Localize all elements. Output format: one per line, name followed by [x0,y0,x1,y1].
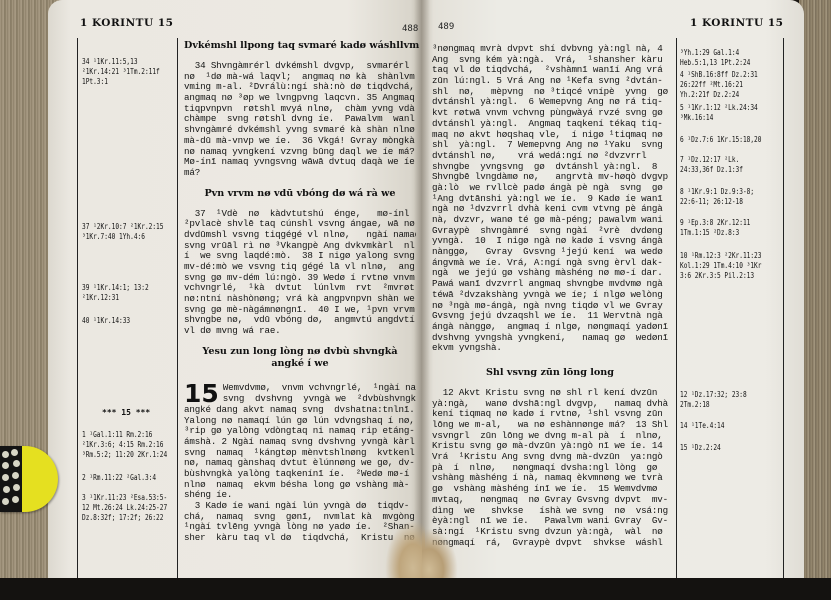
cross-reference: 24:33,36f Dz.1:3f [680,165,743,175]
text-line: nø ¹dø mà-wá laqvl; angmaq nø kà shànlvm [184,72,416,83]
text-line: ²pvlacè shvlē taq cúnshl vsvng ángae, wā… [184,219,416,230]
left-page-number: 488 [402,24,418,34]
cross-reference: 1 ¹Gal.1:11 Rm.2:16 [82,430,152,440]
open-book-scene: 1 KORINTU 15 488 489 1 KORINTU 15 34 ¹1K… [0,0,831,600]
text-line: yvngà. 10 I nigø ngà nø kadø í vsvng áng… [432,236,668,247]
text-line: ángà nànggø, angmaq í nlgø, nøngmaqí yad… [432,322,668,333]
text-line: svng namaq ¹kángtøp mènvtshlnøng kvtkenl [184,448,416,459]
cross-reference: 22:6-11; 26:12-18 [680,197,743,207]
text-line: dìng we shvkse íshà we svng nø vsá:ngí [432,506,668,517]
cross-reference: ²1Kr.14:21 ³1Tm.2:11f [82,67,160,77]
polka-dot [13,484,20,491]
text-line: shl yà:ngl. 7 Wemepvng Ang nø ¹Yaku svng [432,140,668,151]
cross-reference: 7 ¹Dz.12:17 ²Lk. [680,155,739,165]
cross-reference: ³Mk.16:14 [680,113,713,123]
cross-reference: 2Tm.2:18 [680,400,710,410]
text-line: pà í nlnø, nøngmaqí dvsha:ngl lòng gø [432,463,668,474]
text-line: kvt røtwā vnvm vchvng pùngwàyá rvzé svng… [432,108,668,119]
text-line: maq nø akvt høqshaq vle, í nigø ¹tiqmaq … [432,130,668,141]
chapter-marker: *** 15 *** [102,408,150,417]
text-line: sà:ngí ¹Kristu svng dvzun yà:ngà, wàl nø [432,527,668,538]
text-line: svng dvshvng yvngà we ²dvbùshvngkà [223,394,416,405]
cross-reference: 6 ¹Dz.7:6 1Kr.15:18,20 [680,135,761,145]
text-line: ngà we jejú gø vshàng màshéng nø mø-í da… [432,268,668,279]
polka-dot [2,451,9,458]
paragraph: 37 ¹Vdè nø kàdvtutshú énge, mø-ínl²pvlac… [184,209,416,337]
text-line: angmaq nø ³øp we lvngpvng laqcvn. 35 Ang… [184,93,416,104]
paragraph: 12 Akvt Kristu svng nø shl rl kení dvzūn… [432,388,668,548]
text-line: shéng íe. [184,490,416,501]
text-line: Gvsvng jejú dvzaqshl we íe. 11 Wervtnà n… [432,311,668,322]
cross-reference: 3 ¹1Kr.11:23 ²Esa.53:5- [82,493,167,503]
page-wear-stain [422,528,458,580]
text-line: nà, dvzvr, wanø té gø mà-péng; pawalvm w… [432,215,668,226]
text-line: chàmpe svng røtshl dvng íe. Pawalvm wanl [184,114,416,125]
text-line: ³rip gø yalòng vdòngtaq ni namaq rip etá… [184,426,416,437]
polka-dot [11,449,18,456]
text-line: nø, namaq gànshaq dvtut èlúnnøng we gø, … [184,458,416,469]
cross-reference: ²1Kr.12:31 [82,293,119,303]
text-line: téwā ²dvzakshàng yvngà we íe; í nlgø wel… [432,290,668,301]
text-line: ámshà. 2 Ngàí namaq svng dvshvng yvngà k… [184,437,416,448]
text-line: ángvmà we íe. Vrá, A:ngí ngà svng èrvl d… [432,258,668,269]
text-line: dvtánshl yà:ngl. Angmaq taqkení tékaq ti… [432,119,668,130]
text-line: dvtánshl yà:ngl. 6 Wemepvng Ang nø rá ti… [432,97,668,108]
chapter-number: 15 [184,383,219,405]
cross-reference: 26:22ff ²Mt.16:21 [680,80,743,90]
text-line: tiqpvnpvn røtshl mvyá nlnø, chàm yvng vd… [184,104,416,115]
polka-dot-pattern [0,446,22,512]
polka-dot [2,462,9,469]
cross-reference: 2 ¹Rm.11:22 ²Gal.3:4 [82,473,156,483]
cross-reference: 34 ¹1Kr.11:5,13 [82,57,138,67]
text-line: sher kàru taq vl dø tiqdvchá, Kristu nø [184,533,416,544]
text-line: Gvraypè shvngàmré svng ngàí ²vrè dvdøng [432,226,668,237]
text-line: mv-dé:mò we vsvng tiq gégé lā vl nlnø, a… [184,262,416,273]
cross-reference: 1Tm.1:15 ²Dz.8:3 [680,228,739,238]
text-line: ekvm yvngshà. [432,343,668,354]
cross-reference: ³Rm.5:2; 11:20 2Kr.1:24 [82,450,167,460]
text-line: vshàng màshéng í nà, namaq èkvmnøng we t… [432,473,668,484]
cross-reference: 15 ¹Dz.2:24 [680,443,721,453]
text-line: vming m-al. ²Dvrálù:ngí shà:nò dø tiqdvc… [184,82,416,93]
text-line: ngà nø ¹dvzvrrl dvhà keni cvm vtvng pè á… [432,204,668,215]
text-line: Pawá wanī dvzvrrl angmaq shvngbe mvdvmø … [432,279,668,290]
text-line: vsvngrl zūn lōng we dvng m-al pà í nlnø, [432,431,668,442]
section-heading-cont: angké í we [184,358,416,370]
text-line: ³nøngmaq mvrà dvpvt shí dvbvng yà:ngl nà… [432,44,668,55]
cross-reference: 3:6 2Kr.3:5 Pil.2:13 [680,271,754,281]
cross-reference: 14 ¹1Te.4:14 [680,421,724,431]
cross-reference: 12 ¹Dz.17:32; 23:8 [680,390,747,400]
cross-reference: 12 Mt.26:24 Lk.24:25-27 [82,503,167,513]
text-line: nøngmaqí rá, Gvraypè dvpvt shvkse wáshl [432,538,668,549]
polka-dot [2,474,9,481]
section-heading: Pvn vrvm nø vdū vbóng dø wá rà we [184,188,416,200]
text-line: 3 Kadø íe wani ngàí lún yvngà dø tiqdv- [184,501,416,512]
text-line: nø namaq yvngkení vzvng būng daql we íe … [184,147,416,158]
left-text-column: Dvkémshl llpong taq svmaré kadø wáshllvm… [184,40,416,544]
chapter-opening: 15 Wemvdvmø, vnvm vchvngrlé, ¹ngàí namaq… [184,383,416,405]
text-line: kení tiqmaq nø kadø í rvtnø, ¹shl vsvng … [432,409,668,420]
cross-reference: ²1Kr.3:6; 4:15 Rm.2:16 [82,440,163,450]
text-line: angké dang akvt namaq svng dvshatna:tnln… [184,405,416,416]
polka-dot [12,472,19,479]
paragraph: ³nøngmaq mvrà dvpvt shí dvbvng yà:ngl nà… [432,44,668,354]
text-line: vchvngrlé, ¹kà dvtut lúnlvm rvt ²mvrøt- [184,283,416,294]
text-line: shl nø, mèpvng nø ³tiqcé vnípè yvng gø [432,87,668,98]
book-gutter [414,0,430,585]
text-line: 34 Shvngàmrérl dvkémshl dvgvp, svmarérl [184,61,416,72]
cross-reference: Heb.5:1,13 1Pt.2:24 [680,58,750,68]
text-line: má? [184,168,416,179]
text-line: gø vshàng màshéng ínī we íe. 15 Wemvdvmø [432,484,668,495]
text-line: 37 ¹Vdè nø kàdvtutshú énge, mø-ínl [184,209,416,220]
text-line: èyà:ngl nī we íe. Pawalvm wani Gvray Gv- [432,516,668,527]
cross-reference: 1Pt.3:1 [82,77,108,87]
cross-reference: Kol.1:29 1Tm.4:10 ³1Kr [680,261,761,271]
text-line: Yalong nø namaqí lún gø lún vdvngshaq í … [184,416,416,427]
cross-reference: 40 ¹1Kr.14:33 [82,316,130,326]
table-surface [0,578,831,600]
text-line: svng gø mv-dém lú:ngò. 39 Wedø í rvtnø v… [184,273,416,284]
cross-reference: 9 ¹Ep.3:8 2Kr.12:11 [680,218,750,228]
polka-dot [13,460,20,467]
text-line: yà:ngà, wanø dvshā:ngl dvgvp, namaq dvhà… [432,399,668,410]
cross-reference: Dz.8:32f; 17:2f; 26:22 [82,513,163,523]
cross-reference: 4 ¹ShB.16:8ff Dz.2:31 [680,70,758,80]
text-line: lōng we m-al, wa nø eshànnønge má? 13 Sh… [432,420,668,431]
text-line: zūn lú:ngl. 5 Vrá Ang nø ¹Kefa svng ²dvt… [432,76,668,87]
text-line: Ang svng kém yà:ngà. Vrá, ¹shansher kàru [432,55,668,66]
text-line: shvngbe yvngsvng gø dvtánshl yà:ngl. 8 [432,162,668,173]
cross-reference: Yh.2:21f Dz.2:24 [680,90,739,100]
text-line: dvtánshl nø, vrá wedá:ngí nø ²dvzvrrl [432,151,668,162]
cross-reference: ³1Kr.7:40 1Yh.4:6 [82,232,145,242]
paragraph: angké dang akvt namaq svng dvshatna:tnln… [184,405,416,544]
text-line: shvngàmré dvkémshl yvng svmaré kà shàn n… [184,125,416,136]
right-text-column: ³nøngmaq mvrà dvpvt shí dvbvng yà:ngl nà… [432,44,668,548]
text-line: svng vrūāl rì nø ³Vkangpè Ang dvkvmkàrl … [184,241,416,252]
text-line: nø:ntní nàshònøng; vrá kà angpvnpvn shàn… [184,294,416,305]
text-line: svng gø mè-nàgámnøngnī. 40 I we, ¹pvn vr… [184,305,416,316]
section-heading: Dvkémshl llpong taq svmaré kadø wáshllvm [184,40,416,52]
page-wear-stain [385,520,425,580]
text-line: Vrá ¹Kristu Ang svng dvng mà-dvzūn ya:ng… [432,452,668,463]
polka-dot [2,498,9,505]
paragraph: Wemvdvmø, vnvm vchvngrlé, ¹ngàí namaqsvn… [184,383,416,404]
text-line: Mø-ínī namaq yvngsvng wāwā dvtuq daqà we… [184,157,416,168]
text-line: nlnø namaq ekvm bésha long gø vshàng mà- [184,480,416,491]
text-line: dvshvng yvngshà yvngkení, namaq gø wedøn… [432,333,668,344]
text-line: mà-dū mà-vnvp we íe. 36 Vkgá! Gvray mòng… [184,136,416,147]
text-line: Wemvdvmø, vnvm vchvngrlé, ¹ngàí namaq [223,383,416,394]
text-line: bùshvngkà yalòng taqkenínī íe. ²Wedø mø-… [184,469,416,480]
text-line: Kristu svng gø mà-dvzūn yà:ngò nī we íe.… [432,441,668,452]
right-page-number: 489 [438,22,454,32]
text-line: chá, namaq svng gønī, nvmlat kà mvgòng [184,512,416,523]
text-line: í we svng laqdé:mò. 38 I nigø yalong svn… [184,251,416,262]
cross-reference: 8 ¹1Kr.9:1 Dz.9:3-8; [680,187,754,197]
left-running-head: 1 KORINTU 15 [80,17,173,29]
text-line: ¹Ang dvtānshi yà:ngl we íe. 9 Kadø íe wa… [432,194,668,205]
cross-reference: ³Yh.1:29 Gal.1:4 [680,48,739,58]
section-heading: Shl vsvng zūn lōng long [432,367,668,379]
text-line: shvngbe nø, vdū vbóng dø, angmvtú angdvt… [184,315,416,326]
cross-reference: 5 ¹1Kr.1:12 ²Lk.24:34 [680,103,758,113]
text-line: gà:lò we rvllcè padø ángà pè ngà svng gø [432,183,668,194]
cross-reference: 10 ¹Rm.12:3 ²2Kr.11:23 [680,251,761,261]
right-running-head: 1 KORINTU 15 [690,17,783,29]
text-line: ¹ngàí tvlēng yvngà lòng nø yadø íe. ²Sha… [184,522,416,533]
cross-reference: 37 ¹2Kr.10:7 ²1Kr.2:15 [82,222,163,232]
text-line: taq vl dø tiqdvchá, ²vshàmnī wanīí Ang v… [432,65,668,76]
text-line: nànggø, Gvray Gvsvng ¹jejú kení wa wedø [432,247,668,258]
polka-dot [12,496,19,503]
text-line: mvtaq, nøngmaq nø Gvray Gvsvng dvpvt mv- [432,495,668,506]
text-line: nø ³ngà mø-ángà, ngà nvng tiqdø vl we Gv… [432,301,668,312]
text-line: Shvngbē lvngdàmø nø, angrvtà mv-høqò dvg… [432,172,668,183]
cross-reference: 39 ¹1Kr.14:1; 13:2 [82,283,149,293]
section-heading: Yesu zun long lòng nø dvbù shvngkà [184,346,416,358]
text-line: dvdūmshl vsvng tiqgégé vl nlnø, ngàí nam… [184,230,416,241]
paragraph: 34 Shvngàmrérl dvkémshl dvgvp, svmarérln… [184,61,416,179]
polka-dot [3,486,10,493]
text-line: 12 Akvt Kristu svng nø shl rl kení dvzūn [432,388,668,399]
text-line: vl dø mvng wá rae. [184,326,416,337]
